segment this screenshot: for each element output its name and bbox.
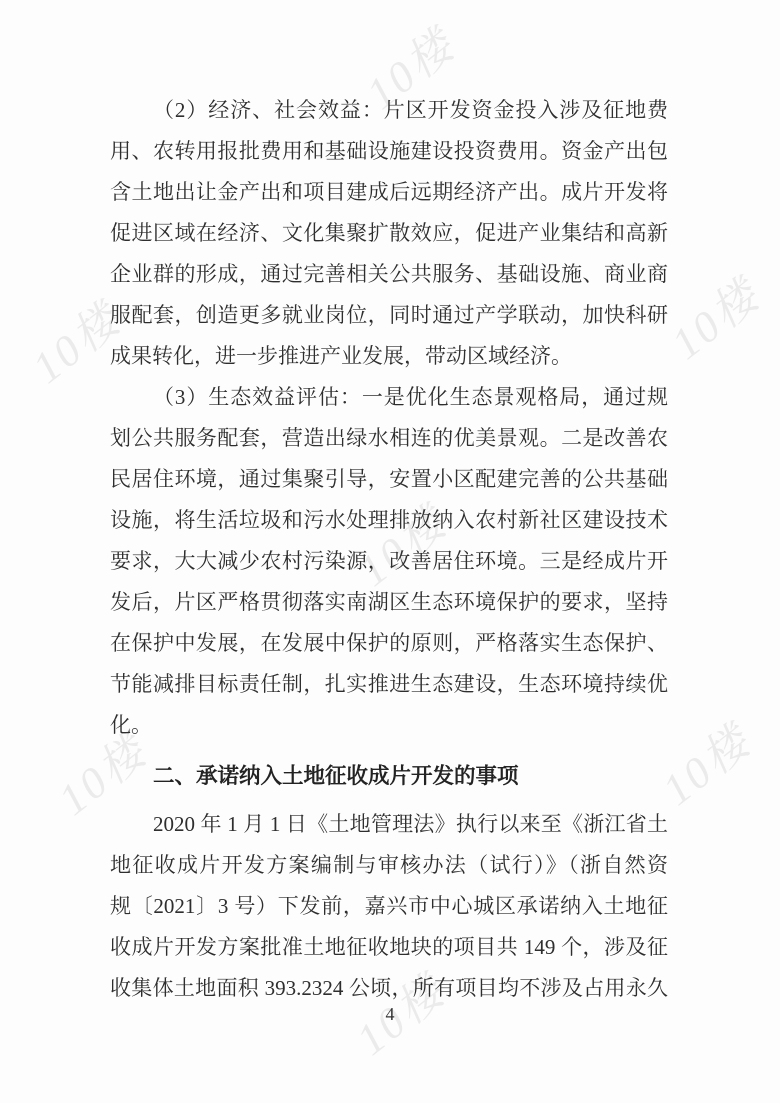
text-line: 划公共服务配套，营造出绿水相连的优美景观。二是改善农 <box>110 418 668 459</box>
text-line: 用、农转用报批费用和基础设施建设投资费用。资金产出包 <box>110 131 668 172</box>
page-footer: 4 <box>0 1004 780 1025</box>
text-line: 促进区域在经济、文化集聚扩散效应，促进产业集结和高新 <box>110 213 668 254</box>
text-line: （2）经济、社会效益：片区开发资金投入涉及征地费 <box>110 90 668 131</box>
text-line: 2020 年 1 月 1 日《土地管理法》执行以来至《浙江省土 <box>110 804 668 845</box>
text-line: 规〔2021〕3 号）下发前，嘉兴市中心城区承诺纳入土地征 <box>110 886 668 927</box>
page-number: 4 <box>386 1004 395 1024</box>
text-line: （3）生态效益评估：一是优化生态景观格局，通过规 <box>110 377 668 418</box>
text-line: 设施，将生活垃圾和污水处理排放纳入农村新社区建设技术 <box>110 500 668 541</box>
paragraph-economic-social-benefits: （2）经济、社会效益：片区开发资金投入涉及征地费 用、农转用报批费用和基础设施建… <box>110 90 668 377</box>
paragraph-ecological-benefits: （3）生态效益评估：一是优化生态景观格局，通过规 划公共服务配套，营造出绿水相连… <box>110 377 668 746</box>
text-line: 服配套，创造更多就业岗位，同时通过产学联动，加快科研 <box>110 295 668 336</box>
text-line: 含土地出让金产出和项目建成后远期经济产出。成片开发将 <box>110 172 668 213</box>
text-line: 要求，大大减少农村污染源，改善居住环境。三是经成片开 <box>110 541 668 582</box>
text-line: 民居住环境，通过集聚引导，安置小区配建完善的公共基础 <box>110 459 668 500</box>
text-line: 在保护中发展，在发展中保护的原则，严格落实生态保护、 <box>110 623 668 664</box>
text-line: 发后，片区严格贯彻落实南湖区生态环境保护的要求，坚持 <box>110 582 668 623</box>
text-line: 企业群的形成，通过完善相关公共服务、基础设施、商业商 <box>110 254 668 295</box>
text-line: 收成片开发方案批准土地征收地块的项目共 149 个，涉及征 <box>110 927 668 968</box>
text-line: 化。 <box>110 705 668 746</box>
text-line: 收集体土地面积 393.2324 公顷，所有项目均不涉及占用永久 <box>110 968 668 1009</box>
section-heading-commitments: 二、承诺纳入土地征收成片开发的事项 <box>110 756 668 797</box>
paragraph-land-acquisition-commitment: 2020 年 1 月 1 日《土地管理法》执行以来至《浙江省土 地征收成片开发方… <box>110 804 668 1009</box>
document-page: 10楼 10楼 10楼 10楼 10楼 10楼 10楼 （2）经济、社会效益：片… <box>0 0 780 1103</box>
document-body: （2）经济、社会效益：片区开发资金投入涉及征地费 用、农转用报批费用和基础设施建… <box>110 90 668 1009</box>
text-line: 成果转化，进一步推进产业发展，带动区域经济。 <box>110 336 668 377</box>
text-line: 地征收成片开发方案编制与审核办法（试行）》（浙自然资 <box>110 845 668 886</box>
text-line: 节能减排目标责任制，扎实推进生态建设，生态环境持续优 <box>110 664 668 705</box>
watermark-stamp: 10楼 <box>655 261 771 371</box>
